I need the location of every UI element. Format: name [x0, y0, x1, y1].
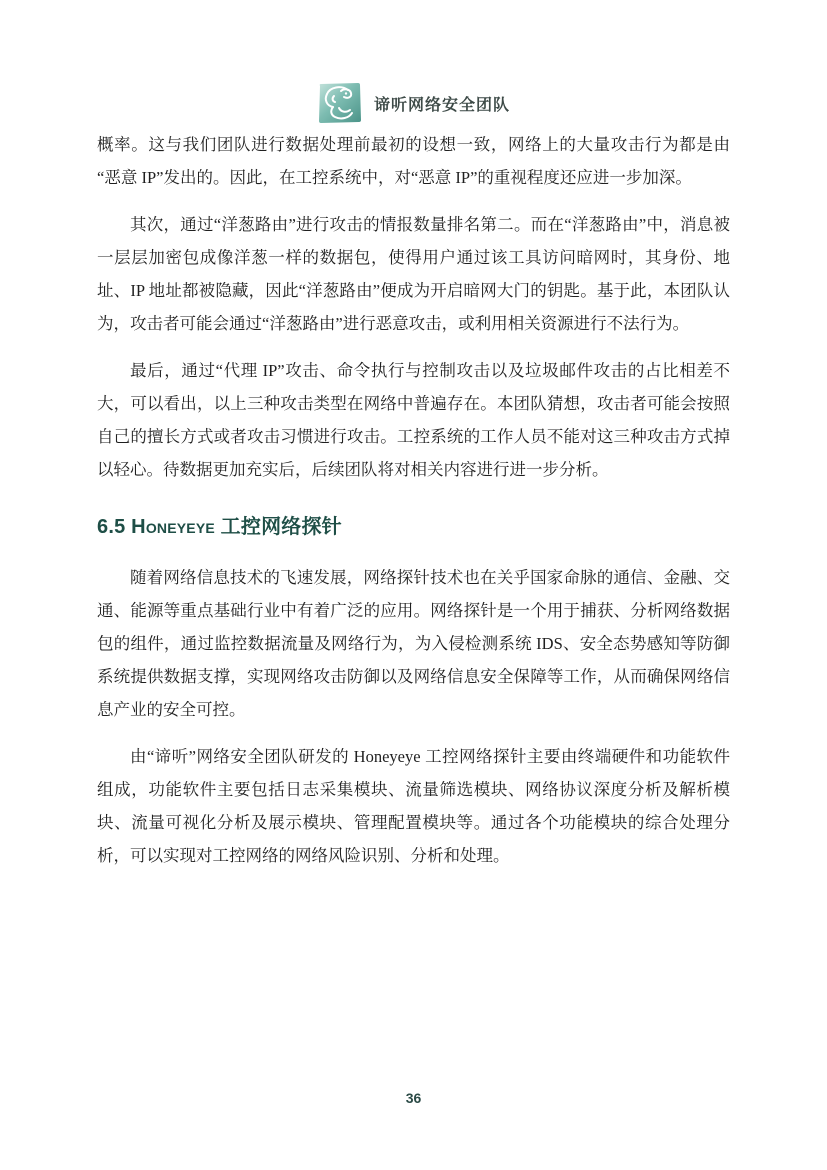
paragraph-malicious-ip: 概率。这与我们团队进行数据处理前最初的设想一致，网络上的大量攻击行为都是由“恶意… — [97, 128, 730, 194]
org-name: 谛听网络安全团队 — [374, 92, 510, 115]
section-number: 6.5 — [97, 516, 125, 538]
diting-seal-logo-icon — [317, 82, 362, 124]
document-header: 谛听网络安全团队 — [0, 82, 827, 124]
paragraph-onion-routing: 其次，通过“洋葱路由”进行攻击的情报数量排名第二。而在“洋葱路由”中，消息被一层… — [97, 208, 730, 340]
paragraph-honeyeye-modules: 由“谛听”网络安全团队研发的 Honeyeye 工控网络探针主要由终端硬件和功能… — [97, 740, 730, 872]
section-heading: 6.5 Honeyeye 工控网络探针 — [97, 510, 730, 539]
section-name-honeyeye: Honeyeye — [131, 516, 215, 538]
page-number: 36 — [406, 1090, 422, 1106]
document-footer: 36 — [0, 1090, 827, 1108]
paragraph-proxy-ip-attacks: 最后，通过“代理 IP”攻击、命令执行与控制攻击以及垃圾邮件攻击的占比相差不大，… — [97, 354, 730, 486]
document-page: 谛听网络安全团队 概率。这与我们团队进行数据处理前最初的设想一致，网络上的大量攻… — [0, 0, 827, 1170]
section-title-zh: 工控网络探针 — [221, 516, 342, 538]
document-body: 概率。这与我们团队进行数据处理前最初的设想一致，网络上的大量攻击行为都是由“恶意… — [97, 128, 730, 886]
paragraph-network-probe-intro: 随着网络信息技术的飞速发展，网络探针技术也在关乎国家命脉的通信、金融、交通、能源… — [97, 561, 730, 726]
